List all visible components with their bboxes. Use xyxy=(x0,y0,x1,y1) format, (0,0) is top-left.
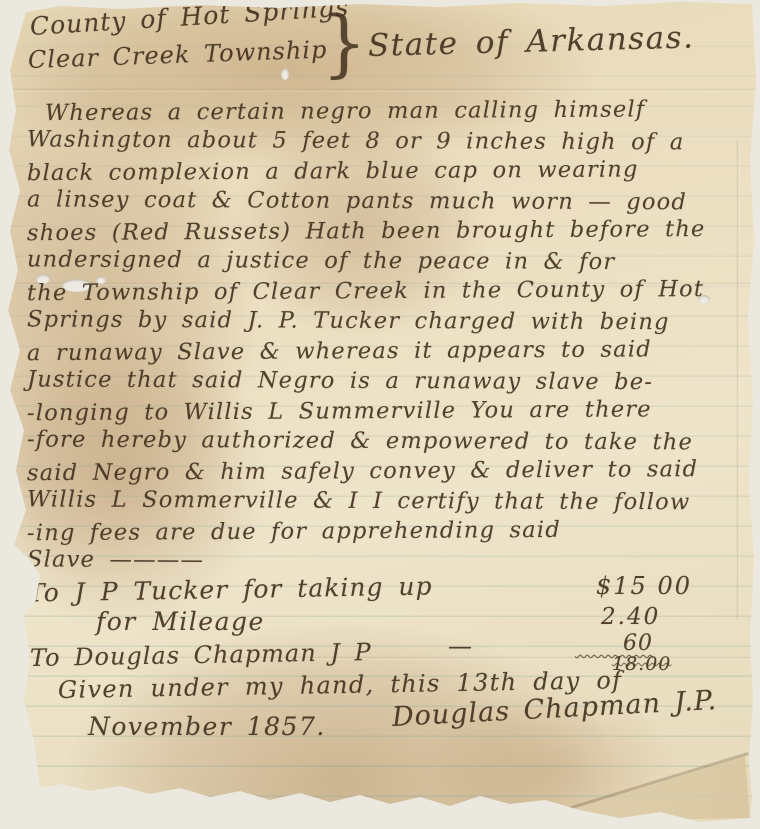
body-line: Washington about 5 feet 8 or 9 inches hi… xyxy=(27,124,747,157)
body-line: Springs by said J. P. Tucker charged wit… xyxy=(27,304,747,337)
fold-crease-diagonal xyxy=(565,752,749,811)
body-line: -ing fees are due for apprehending said xyxy=(27,514,747,548)
body-line: Whereas a certain negro man calling hims… xyxy=(27,94,747,128)
paper-hole xyxy=(281,68,289,80)
closing-month-year: November 1857. xyxy=(88,712,326,741)
fee-label-mileage: for Mileage xyxy=(96,607,265,636)
body-line: the Township of Clear Creek in the Count… xyxy=(27,274,747,308)
fee-label-tucker-taking-up: To J P Tucker for taking up xyxy=(28,571,433,607)
fee-label-chapman: To Douglas Chapman J P xyxy=(30,638,372,672)
fee-amount-mileage: 2.40 xyxy=(601,604,660,630)
header-state-line: State of Arkansas. xyxy=(368,19,695,64)
body-line: a linsey coat & Cotton pants much worn —… xyxy=(27,184,747,217)
body-line: Willis L Sommerville & I I certify that … xyxy=(27,484,747,517)
body-line: -longing to Willis L Summerville You are… xyxy=(27,394,747,428)
fee-dash: — xyxy=(448,632,472,660)
fold-crease-line xyxy=(0,88,758,92)
body-line: shoes (Red Russets) Hath been brought be… xyxy=(27,214,747,248)
body-line: -fore hereby authorized & empowered to t… xyxy=(27,424,747,457)
header-township-line: Clear Creek Township xyxy=(28,36,328,74)
body-line: said Negro & him safely convey & deliver… xyxy=(27,454,747,488)
body-line: black complexion a dark blue cap on wear… xyxy=(27,154,747,188)
header-county-line: County of Hot Springs xyxy=(29,0,350,41)
body-line: a runaway Slave & whereas it appears to … xyxy=(27,334,747,368)
fee-amount-taking-up: $15 00 xyxy=(596,572,692,600)
document-body: Whereas a certain negro man calling hims… xyxy=(27,96,747,576)
brace-glyph: } xyxy=(322,0,367,86)
scanned-document-page: County of Hot Springs Clear Creek Townsh… xyxy=(0,0,760,829)
body-line: Justice that said Negro is a runaway sla… xyxy=(27,364,747,397)
paper-sheet: County of Hot Springs Clear Creek Townsh… xyxy=(0,0,758,824)
body-line: undersigned a justice of the peace in & … xyxy=(27,244,747,277)
